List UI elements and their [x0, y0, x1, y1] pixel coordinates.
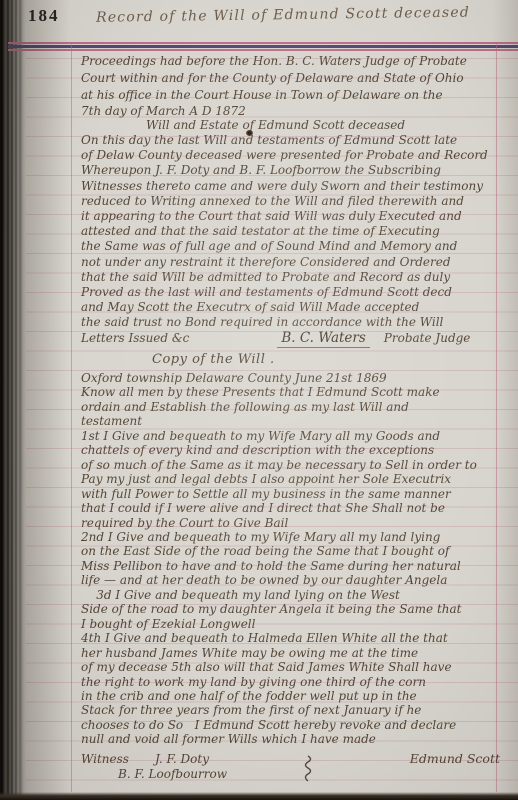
text-line: the said trust no Bond required in accor… [81, 315, 508, 330]
text-line: attested and that the said testator at t… [81, 224, 508, 239]
text-line: in the crib and one half of the fodder w… [81, 689, 508, 703]
text-line: life — and at her death to be owned by o… [81, 573, 508, 587]
text-line: Whereupon J. F. Doty and B. F. Loofborro… [81, 163, 508, 178]
ledger-page: 184 Record of the Will of Edmund Scott d… [0, 0, 518, 800]
text-line: Know all men by these Presents that I Ed… [81, 385, 508, 399]
text-line: with full Power to Settle all my busines… [81, 487, 508, 501]
text-line: at his office in the Court House in Town… [81, 87, 508, 104]
text-line: Pay my just and legal debts I also appoi… [81, 472, 508, 486]
estate-subheading: Will and Estate of Edmund Scott deceased [146, 118, 405, 132]
text-line: Stack for three years from the first of … [81, 703, 508, 717]
text-line: Miss Pellibon to have and to hold the Sa… [81, 559, 508, 573]
text-line: on the East Side of the road being the S… [81, 544, 508, 558]
witness-1-signature: J. F. Doty [155, 752, 209, 766]
text-line: I bought of Ezekial Longwell [81, 617, 508, 631]
text-line: chooses to do So I Edmund Scott hereby r… [81, 718, 508, 732]
text-line: On this day the last Will and testaments… [81, 133, 508, 148]
text-line: chattels of every kind and description w… [81, 443, 508, 457]
text-line: that the said Will be admitted to Probat… [81, 270, 508, 285]
text-line: not under any restraint it therefore Con… [81, 255, 508, 270]
witness-2-signature: B. F. Loofbourrow [118, 767, 227, 781]
will-copy-heading: Copy of the Will . [152, 352, 275, 367]
text-line: of my decease 5th also will that Said Ja… [81, 660, 508, 674]
head-double-rule [8, 42, 518, 51]
letters-issued-line: Letters Issued &c B. C. Waters Probate J… [81, 330, 502, 348]
text-line: 2nd I Give and bequeath to my Wife Mary … [81, 530, 508, 544]
text-line: Witnesses thereto came and were duly Swo… [81, 179, 508, 194]
page-number: 184 [28, 6, 60, 26]
head-rule-pink-bottom [8, 49, 518, 51]
text-line: that I could if I were alive and I direc… [81, 501, 508, 515]
text-line: Side of the road to my daughter Angela i… [81, 602, 508, 616]
page-title: Record of the Will of Edmund Scott decea… [96, 4, 496, 26]
text-line: her husband James White may be owing me … [81, 646, 508, 660]
text-line: 4th I Give and bequeath to Halmeda Ellen… [81, 631, 508, 645]
text-line: of so much of the Same as it may be nece… [81, 458, 508, 472]
text-line: Court within and for the County of Delaw… [81, 70, 508, 87]
witness-label: Witness [81, 752, 129, 766]
letters-issued-text: Letters Issued &c [81, 331, 189, 345]
text-line: the Same was of full age and of Sound Mi… [81, 239, 508, 254]
judge-title: Probate Judge [384, 331, 471, 345]
text-line: Proceedings had before the Hon. B. C. Wa… [81, 53, 508, 70]
probate-order-paragraph: On this day the last Will and testaments… [81, 133, 508, 331]
text-line: of Delaw County deceased were presented … [81, 148, 508, 163]
text-line: the right to work my land by giving one … [81, 675, 508, 689]
judge-signature: B. C. Waters [277, 330, 369, 348]
text-line: Proved as the last will and testaments o… [81, 285, 508, 300]
text-line: reduced to Writing annexed to the Will a… [81, 194, 508, 209]
bottom-scan-edge [0, 792, 518, 800]
text-line: 3d I Give and bequeath my land lying on … [81, 588, 508, 602]
will-copy-paragraph: Oxford township Delaware County June 21s… [81, 371, 508, 747]
text-line: it appearing to the Court that said Will… [81, 209, 508, 224]
left-margin-line [71, 44, 72, 792]
book-binding-edge [0, 0, 26, 800]
text-line: 1st I Give and bequeath to my Wife Mary … [81, 429, 508, 443]
text-line: ordain and Establish the following as my… [81, 400, 508, 414]
testator-signature: Edmund Scott [410, 751, 500, 766]
text-line: Oxford township Delaware County June 21s… [81, 371, 508, 385]
proceedings-paragraph: Proceedings had before the Hon. B. C. Wa… [81, 53, 508, 120]
witness-signature-row: Witness J. F. Doty Edmund Scott [81, 751, 500, 766]
text-line: testament [81, 414, 508, 428]
text-line: and May Scott the Executrx of said Will … [81, 300, 508, 315]
text-line: required by the Court to Give Bail [81, 516, 508, 530]
text-line: null and void all former Wills which I h… [81, 732, 508, 746]
